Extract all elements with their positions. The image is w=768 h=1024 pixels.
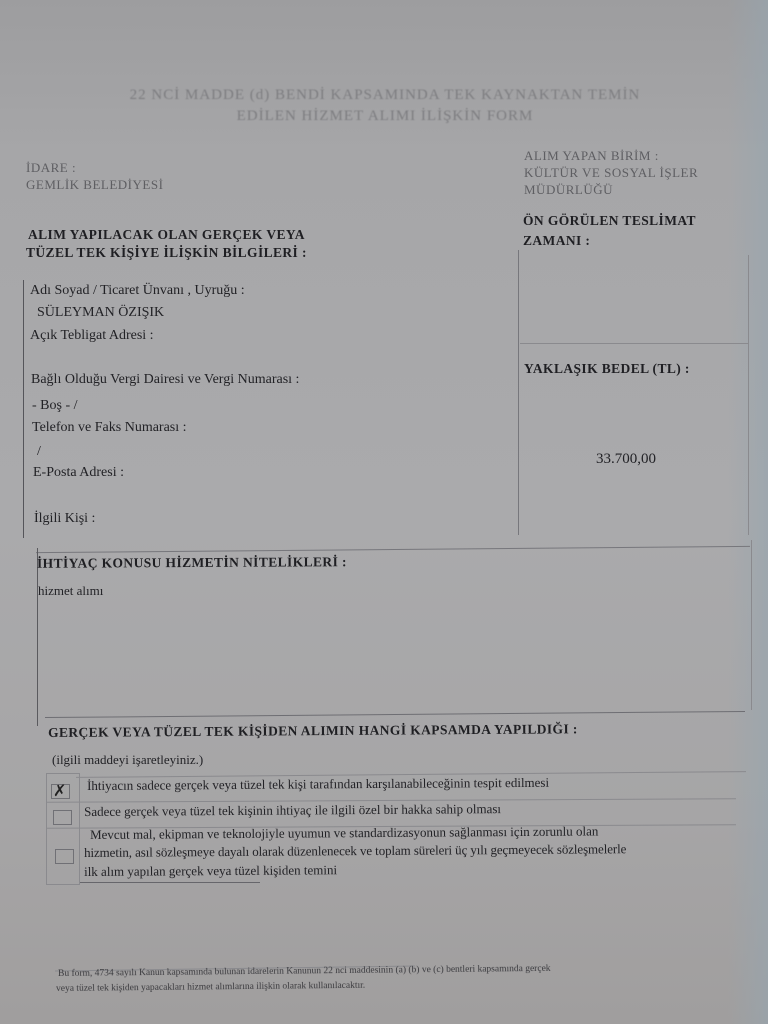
service-features-value: hizmet alımı: [38, 583, 103, 599]
service-features-heading: İHTİYAÇ KONUSU HİZMETİN NİTELİKLERİ :: [37, 554, 347, 572]
supplier-heading-line1: ALIM YAPILACAK OLAN GERÇEK VEYA: [28, 227, 305, 243]
right-box-border: [748, 255, 749, 535]
administration-value: GEMLİK BELEDİYESİ: [26, 177, 163, 193]
option-3-checkbox[interactable]: [55, 849, 74, 864]
scope-instruction: (ilgili maddeyi işaretleyiniz.): [52, 752, 203, 768]
estimated-cost-label: YAKLAŞIK BEDEL (TL) :: [524, 361, 690, 377]
form-title-line1: 22 NCİ MADDE (d) BENDİ KAPSAMINDA TEK KA…: [20, 87, 750, 104]
contact-label: İlgili Kişi :: [34, 511, 95, 527]
purchasing-unit-value-line2: MÜDÜRLÜĞÜ: [524, 182, 613, 198]
phone-value: /: [37, 444, 41, 460]
option-1-label: İhtiyacın sadece gerçek veya tüzel tek k…: [87, 775, 549, 794]
supplier-box-left-border: [23, 280, 24, 538]
supplier-heading-line2: TÜZEL TEK KİŞİYE İLİŞKİN BİLGİLERİ :: [26, 245, 307, 261]
features-box-left-border: [37, 548, 38, 726]
option-3-label-line3: ilk alım yapılan gerçek veya tüzel kişid…: [84, 862, 337, 880]
option-2-checkbox[interactable]: [53, 810, 72, 825]
delivery-time-label-line1: ÖN GÖRÜLEN TESLİMAT: [523, 213, 696, 229]
column-divider: [518, 250, 519, 535]
purchasing-unit-label: ALIM YAPAN BİRİM :: [524, 148, 659, 164]
phone-label: Telefon ve Faks Numarası :: [32, 420, 187, 436]
name-value: SÜLEYMAN ÖZIŞIK: [37, 305, 164, 321]
tax-label: Bağlı Olduğu Vergi Dairesi ve Vergi Numa…: [31, 372, 299, 388]
tax-value: - Boş - /: [32, 398, 78, 414]
delivery-time-label-line2: ZAMANI :: [523, 233, 590, 249]
features-box-right-border: [751, 540, 752, 710]
option-3-underline: [80, 882, 260, 883]
administration-label: İDARE :: [26, 160, 76, 176]
address-label: Açık Tebligat Adresi :: [30, 328, 154, 344]
option-1-checkbox[interactable]: [51, 784, 70, 799]
email-label: E-Posta Adresi :: [33, 465, 124, 481]
form-title-line2: EDİLEN HİZMET ALIMI İLİŞKİN FORM: [20, 108, 750, 125]
purchasing-unit-value-line1: KÜLTÜR VE SOSYAL İŞLER: [524, 165, 698, 181]
name-label: Adı Soyad / Ticaret Ünvanı , Uyruğu :: [30, 283, 245, 299]
cost-box-top-border: [520, 343, 748, 344]
estimated-cost-value: 33.700,00: [596, 451, 656, 468]
option-2-label: Sadece gerçek veya tüzel tek kişinin iht…: [84, 801, 501, 820]
